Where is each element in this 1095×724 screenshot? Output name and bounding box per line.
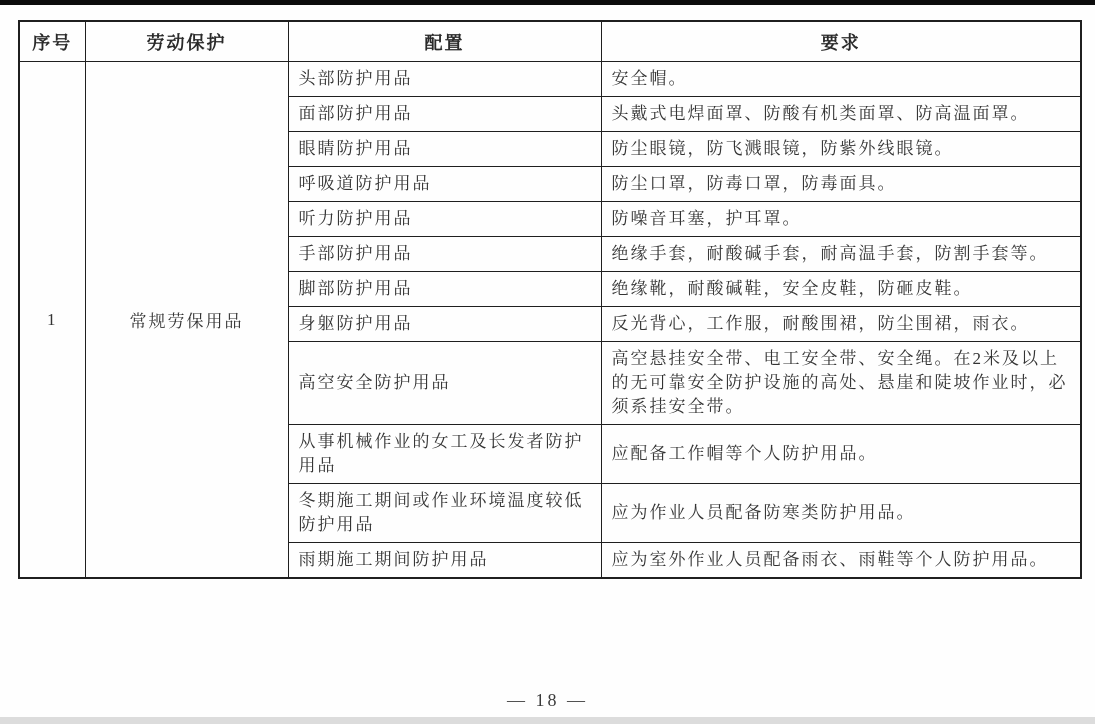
requirement-cell: 绝缘靴，耐酸碱鞋，安全皮鞋，防砸皮鞋。 <box>601 272 1081 307</box>
config-cell: 手部防护用品 <box>288 237 601 272</box>
page-number: — 18 — <box>0 690 1095 711</box>
requirement-cell: 安全帽。 <box>601 62 1081 97</box>
config-cell: 从事机械作业的女工及长发者防护用品 <box>288 425 601 484</box>
config-cell: 听力防护用品 <box>288 202 601 237</box>
serial-cell: 1 <box>19 62 85 579</box>
config-cell: 眼睛防护用品 <box>288 132 601 167</box>
config-cell: 雨期施工期间防护用品 <box>288 543 601 579</box>
requirement-cell: 高空悬挂安全带、电工安全带、安全绳。在2米及以上的无可靠安全防护设施的高处、悬崖… <box>601 342 1081 425</box>
scan-edge-top <box>0 0 1095 5</box>
requirement-cell: 绝缘手套，耐酸碱手套，耐高温手套，防割手套等。 <box>601 237 1081 272</box>
config-cell: 身躯防护用品 <box>288 307 601 342</box>
requirement-cell: 头戴式电焊面罩、防酸有机类面罩、防高温面罩。 <box>601 97 1081 132</box>
labor-protection-table: 序号 劳动保护 配置 要求 1常规劳保用品头部防护用品安全帽。面部防护用品头戴式… <box>18 20 1082 579</box>
requirement-cell: 应为室外作业人员配备雨衣、雨鞋等个人防护用品。 <box>601 543 1081 579</box>
requirement-cell: 防尘眼镜，防飞溅眼镜，防紫外线眼镜。 <box>601 132 1081 167</box>
config-cell: 高空安全防护用品 <box>288 342 601 425</box>
table-body: 1常规劳保用品头部防护用品安全帽。面部防护用品头戴式电焊面罩、防酸有机类面罩、防… <box>19 62 1081 579</box>
requirement-cell: 防尘口罩，防毒口罩，防毒面具。 <box>601 167 1081 202</box>
column-header-config: 配置 <box>288 21 601 62</box>
scanned-document-page: { "page": { "number_label": "— 18 —" }, … <box>0 0 1095 724</box>
table-row: 1常规劳保用品头部防护用品安全帽。 <box>19 62 1081 97</box>
category-cell: 常规劳保用品 <box>85 62 288 579</box>
requirement-cell: 应配备工作帽等个人防护用品。 <box>601 425 1081 484</box>
requirement-cell: 防噪音耳塞，护耳罩。 <box>601 202 1081 237</box>
config-cell: 面部防护用品 <box>288 97 601 132</box>
scan-edge-bottom <box>0 717 1095 724</box>
config-cell: 脚部防护用品 <box>288 272 601 307</box>
table-header-row: 序号 劳动保护 配置 要求 <box>19 21 1081 62</box>
config-cell: 冬期施工期间或作业环境温度较低防护用品 <box>288 484 601 543</box>
requirement-cell: 应为作业人员配备防寒类防护用品。 <box>601 484 1081 543</box>
config-cell: 呼吸道防护用品 <box>288 167 601 202</box>
column-header-labor-protection: 劳动保护 <box>85 21 288 62</box>
requirement-cell: 反光背心，工作服，耐酸围裙，防尘围裙，雨衣。 <box>601 307 1081 342</box>
column-header-requirement: 要求 <box>601 21 1081 62</box>
column-header-serial: 序号 <box>19 21 85 62</box>
config-cell: 头部防护用品 <box>288 62 601 97</box>
